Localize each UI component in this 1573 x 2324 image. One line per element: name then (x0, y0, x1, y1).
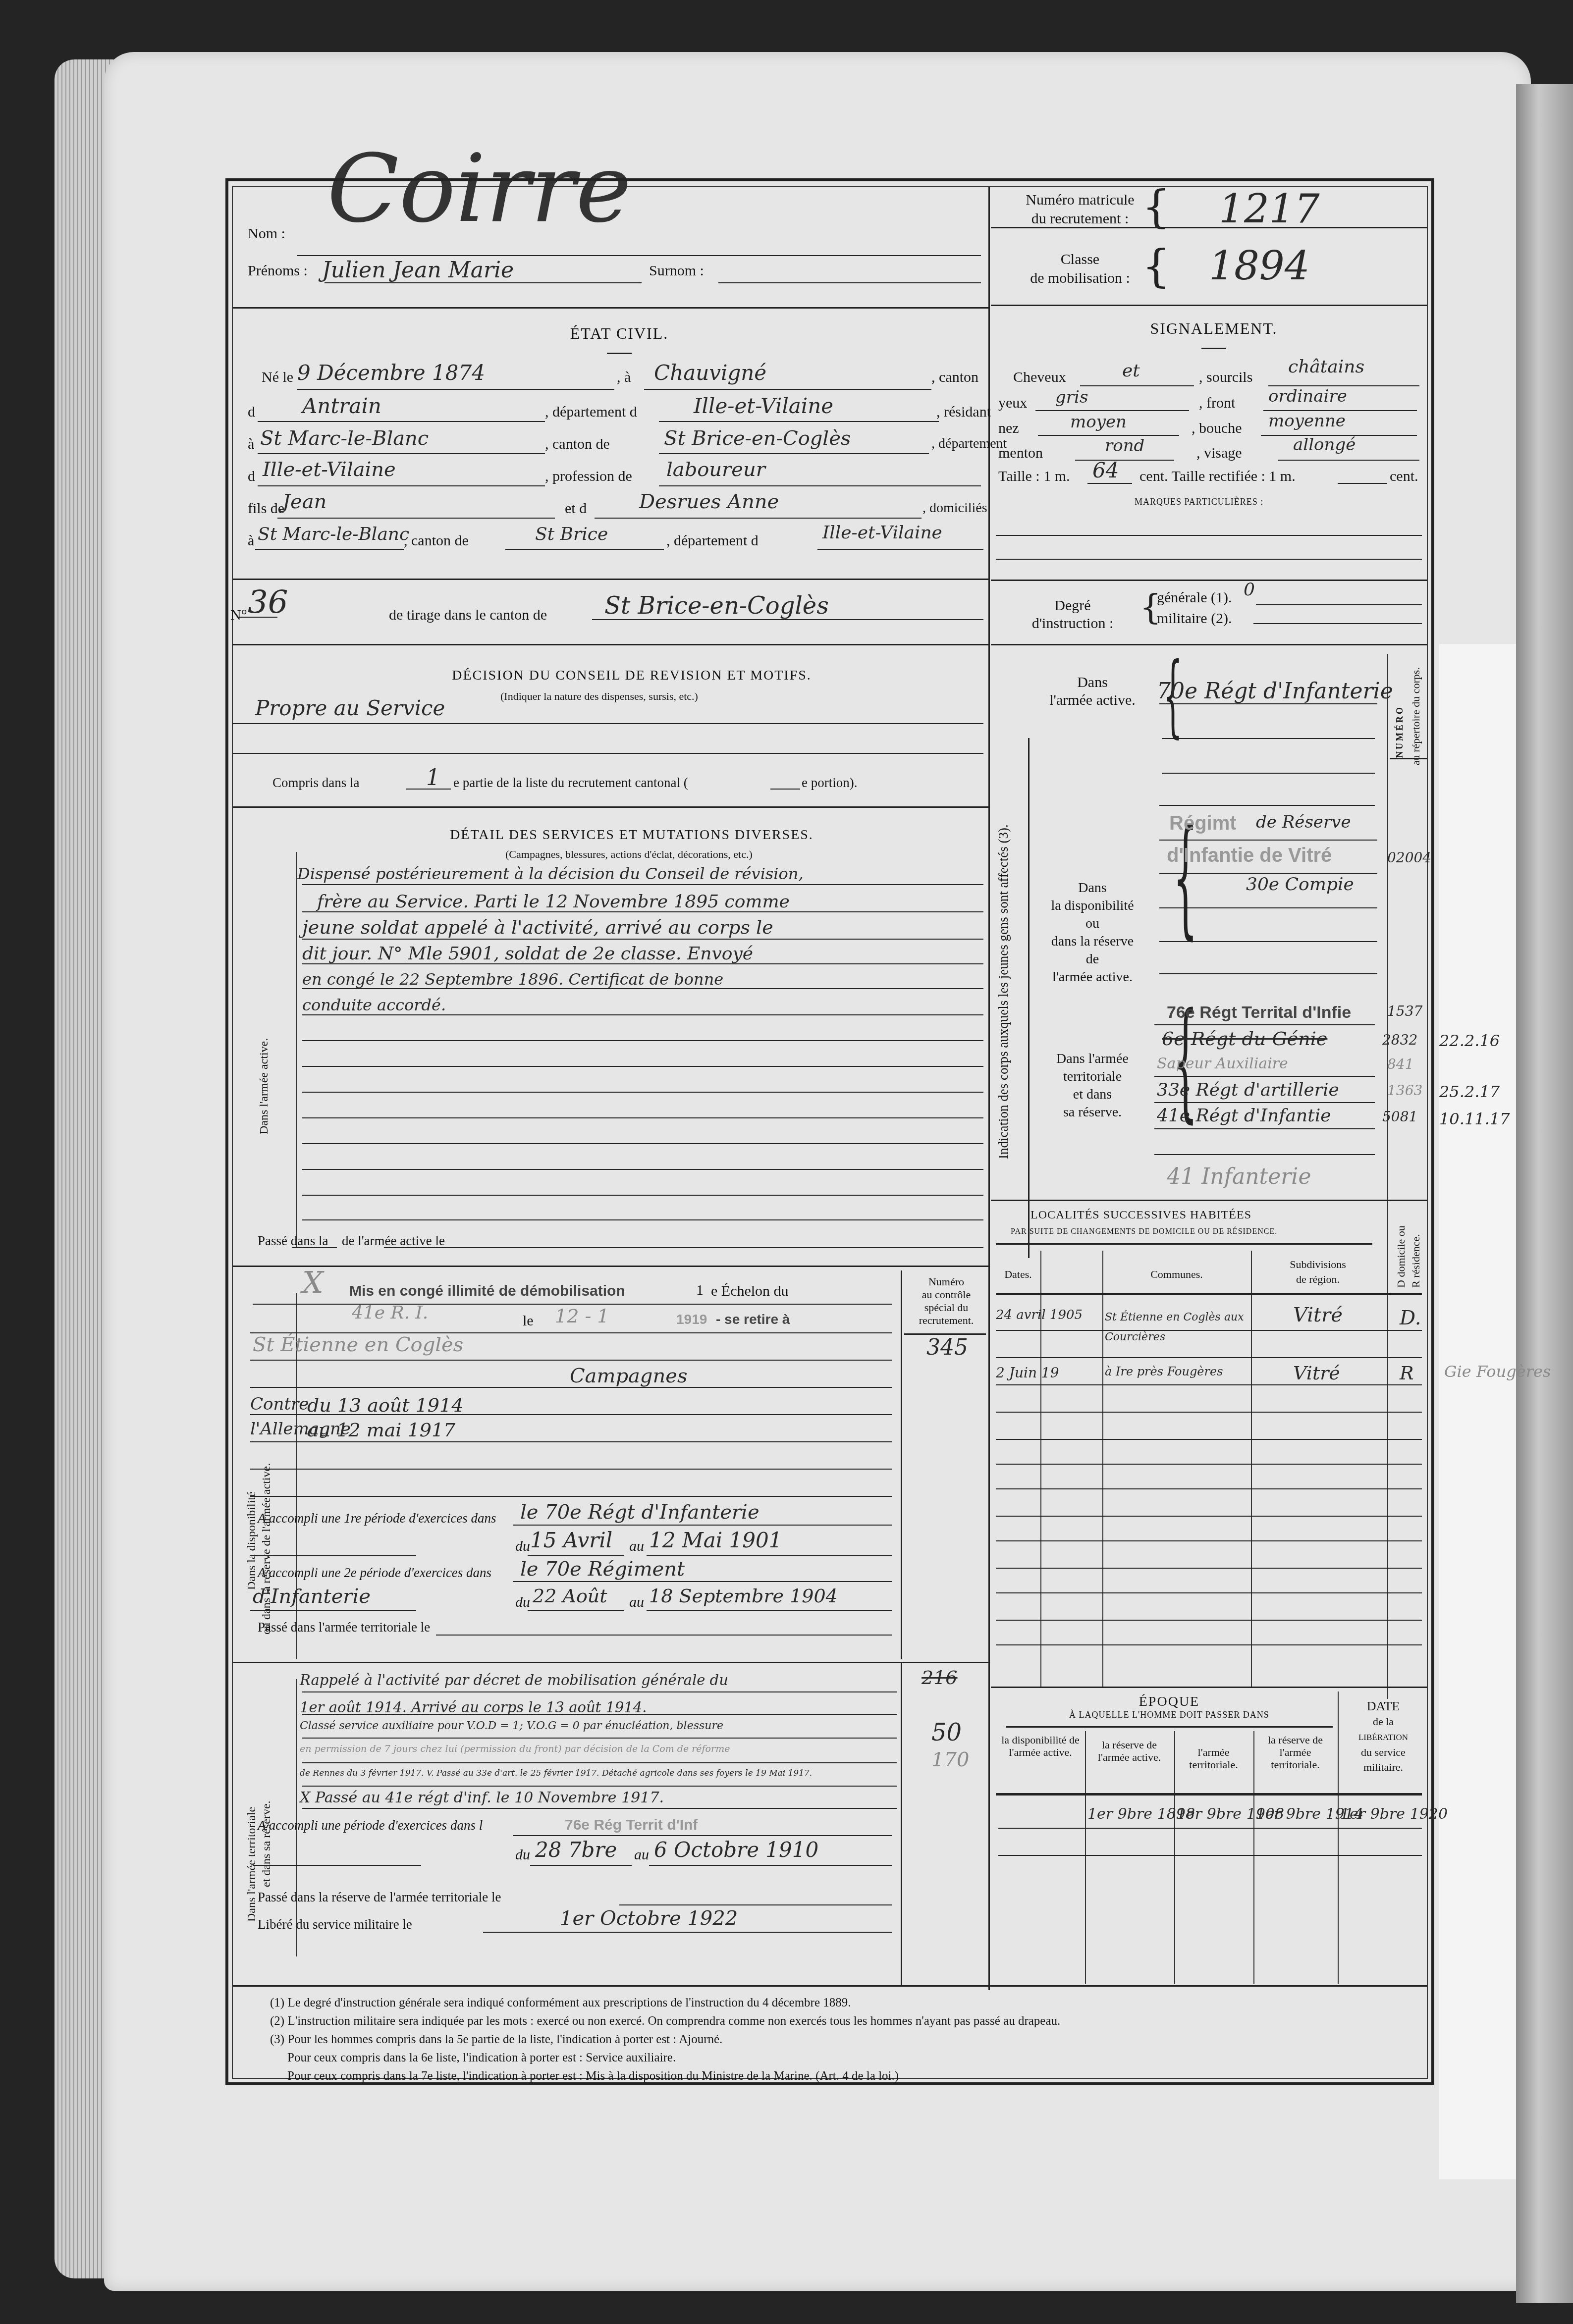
passe-label-2: de l'armée active le (342, 1233, 445, 1249)
matricule-value: 1217 (1219, 186, 1320, 232)
dispo-corps-label-5: de (1086, 951, 1099, 967)
field-line (297, 389, 614, 390)
epoque-col1-header: la disponibilité de l'armée active. (996, 1734, 1085, 1758)
divider (991, 227, 1427, 228)
localites-title: LOCALITÉS SUCCESSIVES HABITÉES (1031, 1209, 1251, 1222)
residant-label: , résidant (936, 404, 991, 421)
right-margin (1439, 644, 1528, 2179)
terr-line-6: X Passé au 41e régt d'inf. le 10 Novembr… (300, 1789, 664, 1806)
passe-territoriale-label: Passé dans l'armée territoriale le (258, 1620, 430, 1635)
terr-periode-stamp: 76e Rég Territ d'Inf (565, 1817, 698, 1834)
field-line (1162, 738, 1375, 739)
tirage-no-label: N° (230, 607, 247, 624)
matricule-label: Numéro matricule du recrutement : (1006, 191, 1154, 228)
title-rule (1201, 348, 1226, 349)
divider (233, 579, 988, 580)
brace-rule (996, 1243, 1372, 1245)
marques-field-2[interactable] (996, 559, 1422, 560)
margin-number-2: 50 (931, 1719, 962, 1746)
divider (1390, 758, 1427, 759)
epoque-col4-header: la réserve de l'armée territoriale. (1254, 1734, 1336, 1771)
field-line (302, 1808, 897, 1809)
du-label: du (515, 1538, 530, 1555)
date-header-3: LIBÉRATION (1358, 1733, 1408, 1742)
column-divider (1085, 1731, 1086, 1984)
dispo-numero: 02004 (1387, 849, 1431, 866)
field-line (996, 1357, 1422, 1358)
field-line (770, 789, 800, 790)
terr-unit-5: 41e Régt d'Infantie (1157, 1106, 1331, 1126)
column-divider (1251, 1251, 1252, 1687)
etat-civil-title: ÉTAT CIVIL. (495, 324, 743, 343)
tirage-canton-value: St Brice-en-Coglès (604, 592, 829, 620)
pere-value: Jean (282, 490, 326, 513)
footnote-4: Pour ceux compris dans la 6e liste, l'in… (287, 2051, 676, 2065)
field-line (302, 1714, 897, 1715)
footnote-5: Pour ceux compris dans la 7e liste, l'in… (287, 2069, 899, 2083)
col-subdivisions-1: Subdivisions (1290, 1258, 1346, 1270)
campagne-col2-line2: au 12 mai 1917 (307, 1419, 455, 1441)
field-line (302, 1195, 983, 1196)
field-line (1159, 941, 1377, 942)
year-stamp: 1919 (676, 1312, 707, 1327)
sourcils-label: , sourcils (1199, 369, 1252, 386)
canton-de-label: , canton de (545, 436, 610, 453)
field-line (250, 1441, 892, 1442)
dispo-corps-label-2: la disponibilité (1051, 898, 1134, 913)
terr-corps-label: Dans l'armée territoriale et dans sa rés… (1035, 1050, 1149, 1121)
passe-territoriale-field[interactable] (436, 1635, 892, 1636)
numero-controle-label-1: Numéro (928, 1275, 964, 1288)
departement-value: Ille-et-Vilaine (694, 394, 833, 418)
divider (233, 644, 988, 645)
bracket-line (296, 852, 297, 1248)
yeux-label: yeux (998, 395, 1027, 412)
active-unit-1: 70e Régt d'Infanterie (1157, 679, 1393, 704)
services-subtitle: (Campagnes, blessures, actions d'éclat, … (505, 848, 753, 861)
loc-row2-dr: R (1400, 1362, 1414, 1384)
front-value: ordinaire (1268, 386, 1347, 406)
le-label: le (523, 1313, 534, 1329)
field-line (302, 939, 983, 940)
menton-value: rond (1105, 436, 1144, 456)
divider (991, 1200, 1427, 1201)
field-line (302, 1040, 983, 1041)
field-line (505, 549, 664, 550)
au-label-2: au (629, 1594, 644, 1611)
surnom-label: Surnom : (649, 263, 704, 279)
terr-corps-label-4: sa réserve. (1063, 1105, 1122, 1120)
services-side-label: Dans l'armée active. (258, 1038, 271, 1134)
dispo-line2-hw: 41e R. I. (352, 1303, 428, 1323)
dispo-side-label-2: ou dans la réserve de l'armée active. (260, 1463, 273, 1635)
libere-label: Libéré du service militaire le (258, 1917, 412, 1932)
header-rule (996, 1293, 1422, 1295)
brace-icon: { (1142, 181, 1170, 233)
field-line (250, 1469, 892, 1470)
field-line (250, 1496, 892, 1497)
field-line (998, 1828, 1422, 1829)
field-line (253, 1304, 892, 1305)
campagnes-title: Campagnes (570, 1365, 687, 1387)
nez-label: nez (998, 420, 1019, 437)
field-line (996, 1644, 1422, 1645)
field-line (384, 1247, 983, 1248)
mark-x: X (302, 1266, 324, 1300)
instruction-label-2: d'instruction : (1032, 615, 1114, 632)
numero-controle-divider (901, 1270, 902, 1659)
surnom-field-line[interactable] (718, 282, 981, 283)
departement3-label: , département d (666, 532, 759, 549)
epoque-date-header: DATE de la LIBÉRATION du service militai… (1339, 1699, 1428, 1775)
margin-number-1: 216 (922, 1667, 958, 1689)
periode2-unit-1: le 70e Régiment (520, 1558, 685, 1581)
field-line (302, 1092, 983, 1093)
field-line (528, 1610, 624, 1611)
domicile-parents-value: St Marc-le-Blanc (258, 524, 409, 544)
field-line (647, 1610, 892, 1611)
epoque-date-value: 1er 9bre 1920 (1340, 1805, 1448, 1823)
col-dates: Dates. (996, 1268, 1040, 1281)
nom-label: Nom : (248, 225, 285, 242)
field-line (1075, 460, 1174, 461)
dispo-stamp-2: d'Infantie de Vitré (1167, 845, 1332, 867)
terr-date-4: 25.2.17 (1439, 1082, 1500, 1101)
stamp-conge: Mis en congé illimité de démobilisation (349, 1283, 625, 1300)
field-line (649, 1865, 892, 1866)
field-line (1162, 773, 1375, 774)
tirage-no-value: 36 (248, 584, 288, 621)
field-line (996, 1540, 1422, 1541)
profession-value: laboureur (666, 458, 765, 481)
field-line (233, 753, 983, 754)
au-label: au (629, 1538, 644, 1555)
loc-row1-date: 24 avril 1905 (996, 1308, 1083, 1322)
services-title: DÉTAIL DES SERVICES ET MUTATIONS DIVERSE… (446, 827, 817, 843)
terr-line-5: de Rennes du 3 février 1917. V. Passé au… (300, 1768, 812, 1778)
margin-number-3: 170 (931, 1748, 969, 1771)
field-line (1256, 604, 1422, 605)
field-line (592, 619, 983, 620)
field-line (258, 485, 545, 486)
d2-label: d (248, 468, 255, 485)
du-label-2: du (515, 1594, 530, 1611)
departement-label: , département d (545, 404, 637, 421)
periode2-unit-2: d'Infanterie (253, 1585, 371, 1608)
field-line (647, 1555, 892, 1556)
ne-le-label: Né le (262, 369, 293, 386)
libere-value: 1er Octobre 1922 (560, 1907, 738, 1930)
campagne-col1-line1: Contre (250, 1394, 309, 1414)
lieu-naissance-value: Chauvigné (654, 361, 766, 385)
fils-de-label: fils de (248, 500, 284, 517)
divider (233, 307, 988, 309)
field-line (277, 518, 555, 519)
field-line (406, 789, 451, 790)
field-line (238, 617, 277, 618)
dispo-hw-1: de Réserve (1256, 812, 1351, 832)
field-line (1154, 1102, 1375, 1103)
decision-title: DÉCISION DU CONSEIL DE REVISION ET MOTIF… (446, 668, 817, 684)
dispo-hw-3: 30e Compie (1246, 874, 1354, 895)
field-line (513, 1835, 892, 1836)
field-line (302, 963, 983, 964)
departement-parents-value: Ille-et-Vilaine (822, 523, 942, 543)
residence-value: St Marc-le-Blanc (260, 427, 429, 450)
col-subdivisions: Subdivisions de région. (1251, 1257, 1385, 1287)
field-line (253, 1865, 421, 1866)
prenoms-field-line[interactable] (325, 282, 642, 283)
compris-label-2: e partie de la liste du recrutement cant… (453, 775, 688, 791)
terr-unit-4: 33e Régt d'artillerie (1157, 1080, 1339, 1100)
terr-line-4: en permission de 7 jours chez lui (permi… (300, 1743, 730, 1754)
field-line (302, 1169, 983, 1170)
date-header-2: de la (1373, 1715, 1394, 1728)
dispo-corps-label-1: Dans (1078, 880, 1107, 896)
terr-numero-4: 1363 (1387, 1082, 1422, 1099)
field-line (1154, 1024, 1375, 1025)
field-line (996, 1592, 1422, 1593)
visage-value: allongé (1293, 435, 1356, 455)
field-line (483, 1932, 892, 1933)
se-retire-label: - se retire à (716, 1312, 790, 1327)
bracket-line (1028, 738, 1030, 1258)
field-line (1159, 840, 1377, 841)
terr-corps-label-3: et dans (1073, 1087, 1112, 1102)
field-line (1159, 703, 1377, 704)
field-line (996, 1488, 1422, 1489)
dispo-side-label-1: Dans la disponibilité (245, 1491, 259, 1590)
terr-periode-label: A accompli une période d'exercices dans … (258, 1818, 483, 1833)
column-divider (988, 187, 990, 1990)
prenoms-label: Prénoms : (248, 263, 308, 279)
nez-value: moyen (1070, 412, 1127, 432)
terr-line-2: 1er août 1914. Arrivé au corps le 13 aoû… (300, 1699, 647, 1716)
field-line (996, 1384, 1422, 1385)
field-line (1154, 1154, 1375, 1155)
field-line (292, 1247, 337, 1248)
field-line (302, 1786, 897, 1787)
compris-label-1: Compris dans la (272, 775, 360, 791)
bouche-label: , bouche (1192, 420, 1242, 437)
divider (991, 644, 1427, 645)
field-line (996, 1568, 1422, 1569)
a2-label: à (248, 436, 254, 453)
title-rule (607, 353, 632, 354)
cheveux-value: et (1122, 361, 1140, 381)
echelon-label: e Échelon du (711, 1283, 789, 1300)
canton-label: , canton (931, 369, 978, 386)
field-line (1159, 973, 1377, 974)
field-line (1154, 1128, 1375, 1129)
epoque-col2-header: la réserve de l'armée active. (1086, 1739, 1173, 1763)
field-line (659, 485, 981, 486)
passe-label-1: Passé dans la (258, 1233, 328, 1249)
numero-controle-label-2: au contrôle (922, 1288, 971, 1301)
terr-footer-hw: 41 Infanterie (1167, 1164, 1311, 1189)
field-line (233, 723, 983, 724)
signalement-title: SIGNALEMENT. (1090, 319, 1338, 338)
corps-side-label: Indication des corps auxquels les jeunes… (996, 824, 1011, 1159)
matricule-label-1: Numéro matricule (1026, 192, 1134, 208)
localites-subtitle: PAR SUITE DE CHANGEMENTS DE DOMICILE OU … (1011, 1227, 1277, 1236)
canton-parents-value: St Brice (535, 524, 608, 544)
taille-value: 64 (1092, 458, 1119, 482)
canton-residence-value: St Brice-en-Coglès (664, 427, 851, 450)
numero-controle-label-4: recrutement. (919, 1314, 974, 1326)
dispo-corps-label-4: dans la réserve (1051, 934, 1134, 949)
taille-label: Taille : 1 m. (998, 468, 1070, 485)
field-line (644, 389, 931, 390)
margin-number-divider (901, 1663, 902, 1985)
field-line (817, 549, 983, 550)
field-line (1159, 873, 1377, 874)
echelon-value: 1 (696, 1282, 704, 1299)
field-line (302, 1219, 983, 1220)
periode1-label: A accompli une 1re période d'exercices d… (258, 1511, 496, 1526)
field-line (996, 1516, 1422, 1517)
loc-row1-subdivision: Vitré (1293, 1304, 1343, 1326)
numero-header-2: au répertoire du corps. (1410, 667, 1422, 765)
footnote-2: (2) L'instruction militaire sera indiqué… (270, 2014, 1060, 2028)
taille-cent-label: cent. Taille rectifiée : 1 m. (1139, 468, 1296, 485)
terr-periode-du: 28 7bre (535, 1838, 617, 1862)
numero-header-1: NUMÉRO (1395, 705, 1405, 758)
bouche-value: moyenne (1268, 411, 1346, 431)
militaire-field[interactable] (1253, 623, 1422, 624)
periode2-label: A accompli une 2e période d'exercices da… (258, 1565, 491, 1581)
date-header-5: militaire. (1363, 1761, 1403, 1773)
services-line-3: jeune soldat appelé à l'activité, arrivé… (302, 916, 773, 938)
field-line (302, 1117, 983, 1118)
generale-value: 0 (1244, 580, 1255, 600)
services-line-1: Dispensé postérieurement à la décision d… (297, 864, 804, 883)
et-d-label: et d (565, 500, 587, 517)
active-label-2: l'armée active. (1049, 692, 1136, 708)
field-line (255, 549, 404, 550)
brace-rule (1006, 1726, 1333, 1728)
active-label-1: Dans (1077, 674, 1108, 690)
classe-value: 1894 (1209, 243, 1310, 289)
tirage-label: de tirage dans le canton de (389, 607, 547, 624)
loc-row1-dr: D. (1400, 1307, 1421, 1329)
passe-reserve-field[interactable] (619, 1904, 892, 1905)
field-line (1080, 385, 1194, 386)
terr-line-3: Classé service auxiliaire pour V.O.D = 1… (300, 1720, 723, 1732)
field-line (258, 453, 545, 454)
numero-controle-label-3: spécial du (924, 1301, 969, 1314)
divider (233, 1662, 988, 1663)
field-line (1278, 460, 1419, 461)
canton-value: Antrain (302, 394, 381, 418)
field-line (302, 1143, 983, 1144)
decision-subtitle: (Indiquer la nature des dispenses, sursi… (500, 690, 698, 703)
field-line (996, 1620, 1422, 1621)
classe-label-2: de mobilisation : (1030, 270, 1130, 286)
field-line (302, 988, 983, 989)
field-line (302, 1691, 897, 1692)
active-label: Dans l'armée active. (1035, 674, 1149, 709)
terr-line-1: Rappelé à l'activité par décret de mobil… (300, 1672, 728, 1689)
periode2-au: 18 Septembre 1904 (649, 1585, 838, 1607)
epoque-col3-header: l'armée territoriale. (1175, 1746, 1252, 1771)
dispo-date-value: 12 - 1 (555, 1305, 609, 1327)
classe-label: Classe de mobilisation : (1006, 250, 1154, 288)
compris-value: 1 (426, 765, 440, 791)
visage-label: , visage (1196, 445, 1242, 462)
services-line-5: en congé le 22 Septembre 1896. Certifica… (302, 970, 723, 989)
divider (233, 1266, 988, 1267)
field-line (1087, 483, 1132, 484)
field-line (250, 1414, 892, 1415)
passe-reserve-label: Passé dans la réserve de l'armée territo… (258, 1890, 501, 1905)
footnote-3: (3) Pour les hommes compris dans la 5e p… (270, 2033, 722, 2047)
front-label: , front (1199, 395, 1235, 412)
field-line (1154, 1076, 1375, 1077)
localites-margin-note: Gie Fougères (1444, 1362, 1551, 1381)
epoque-title: ÉPOQUE (996, 1694, 1343, 1710)
field-line (302, 884, 983, 885)
field-line (996, 1330, 1422, 1331)
footnote-1: (1) Le degré d'instruction générale sera… (270, 1996, 851, 2010)
brace-icon: { (1142, 240, 1170, 292)
field-line (996, 1439, 1422, 1440)
terr-numero-1: 1537 (1387, 1003, 1422, 1019)
loc-row2-date: 2 Juin 19 (996, 1365, 1059, 1381)
field-line (1035, 410, 1189, 411)
field-line (302, 1014, 983, 1015)
field-line (996, 1464, 1422, 1465)
loc-row2-commune: à Ire près Fougères (1105, 1365, 1223, 1378)
field-line (659, 421, 939, 422)
field-line (998, 1855, 1422, 1856)
services-line-2: frère au Service. Parti le 12 Novembre 1… (317, 892, 790, 912)
col-subdivisions-2: de région. (1296, 1273, 1340, 1285)
numero-controle-value: 345 (926, 1335, 968, 1360)
field-line (595, 518, 922, 519)
col-communes: Communes. (1102, 1268, 1251, 1281)
departement2-label: , département (931, 436, 1007, 452)
periode1-unit: le 70e Régt d'Infanterie (520, 1501, 759, 1524)
matricule-label-2: du recrutement : (1031, 211, 1129, 227)
date-header-4: du service (1361, 1746, 1406, 1758)
divider (991, 1687, 1427, 1688)
sourcils-value: châtains (1288, 357, 1364, 377)
yeux-value: gris (1055, 387, 1088, 407)
loc-row2-subdivision: Vitré (1293, 1362, 1340, 1384)
marques-field-1[interactable] (996, 535, 1422, 536)
field-line (250, 1387, 892, 1388)
departement-residence-value: Ille-et-Vilaine (263, 458, 396, 481)
field-line (513, 1525, 892, 1526)
marques-label: MARQUES PARTICULIÈRES : (1135, 497, 1263, 507)
field-line (302, 911, 983, 912)
terr-du-label: du (515, 1847, 530, 1863)
cheveux-label: Cheveux (1013, 369, 1066, 386)
domicilies-label: , domiciliés (922, 500, 987, 516)
field-line (302, 1762, 897, 1763)
field-line (513, 1581, 892, 1582)
a3-label: à (248, 532, 254, 549)
generale-label: générale (1). (1157, 589, 1232, 606)
field-line (250, 1360, 892, 1361)
instruction-label: Degré d'instruction : (1018, 597, 1127, 633)
date-header-1: DATE (1367, 1699, 1400, 1713)
terr-date-2: 22.2.16 (1439, 1031, 1500, 1050)
taille-rectifiee-field[interactable] (1338, 483, 1387, 484)
nom-field-line[interactable] (297, 255, 981, 256)
prenoms-value: Julien Jean Marie (322, 258, 514, 283)
